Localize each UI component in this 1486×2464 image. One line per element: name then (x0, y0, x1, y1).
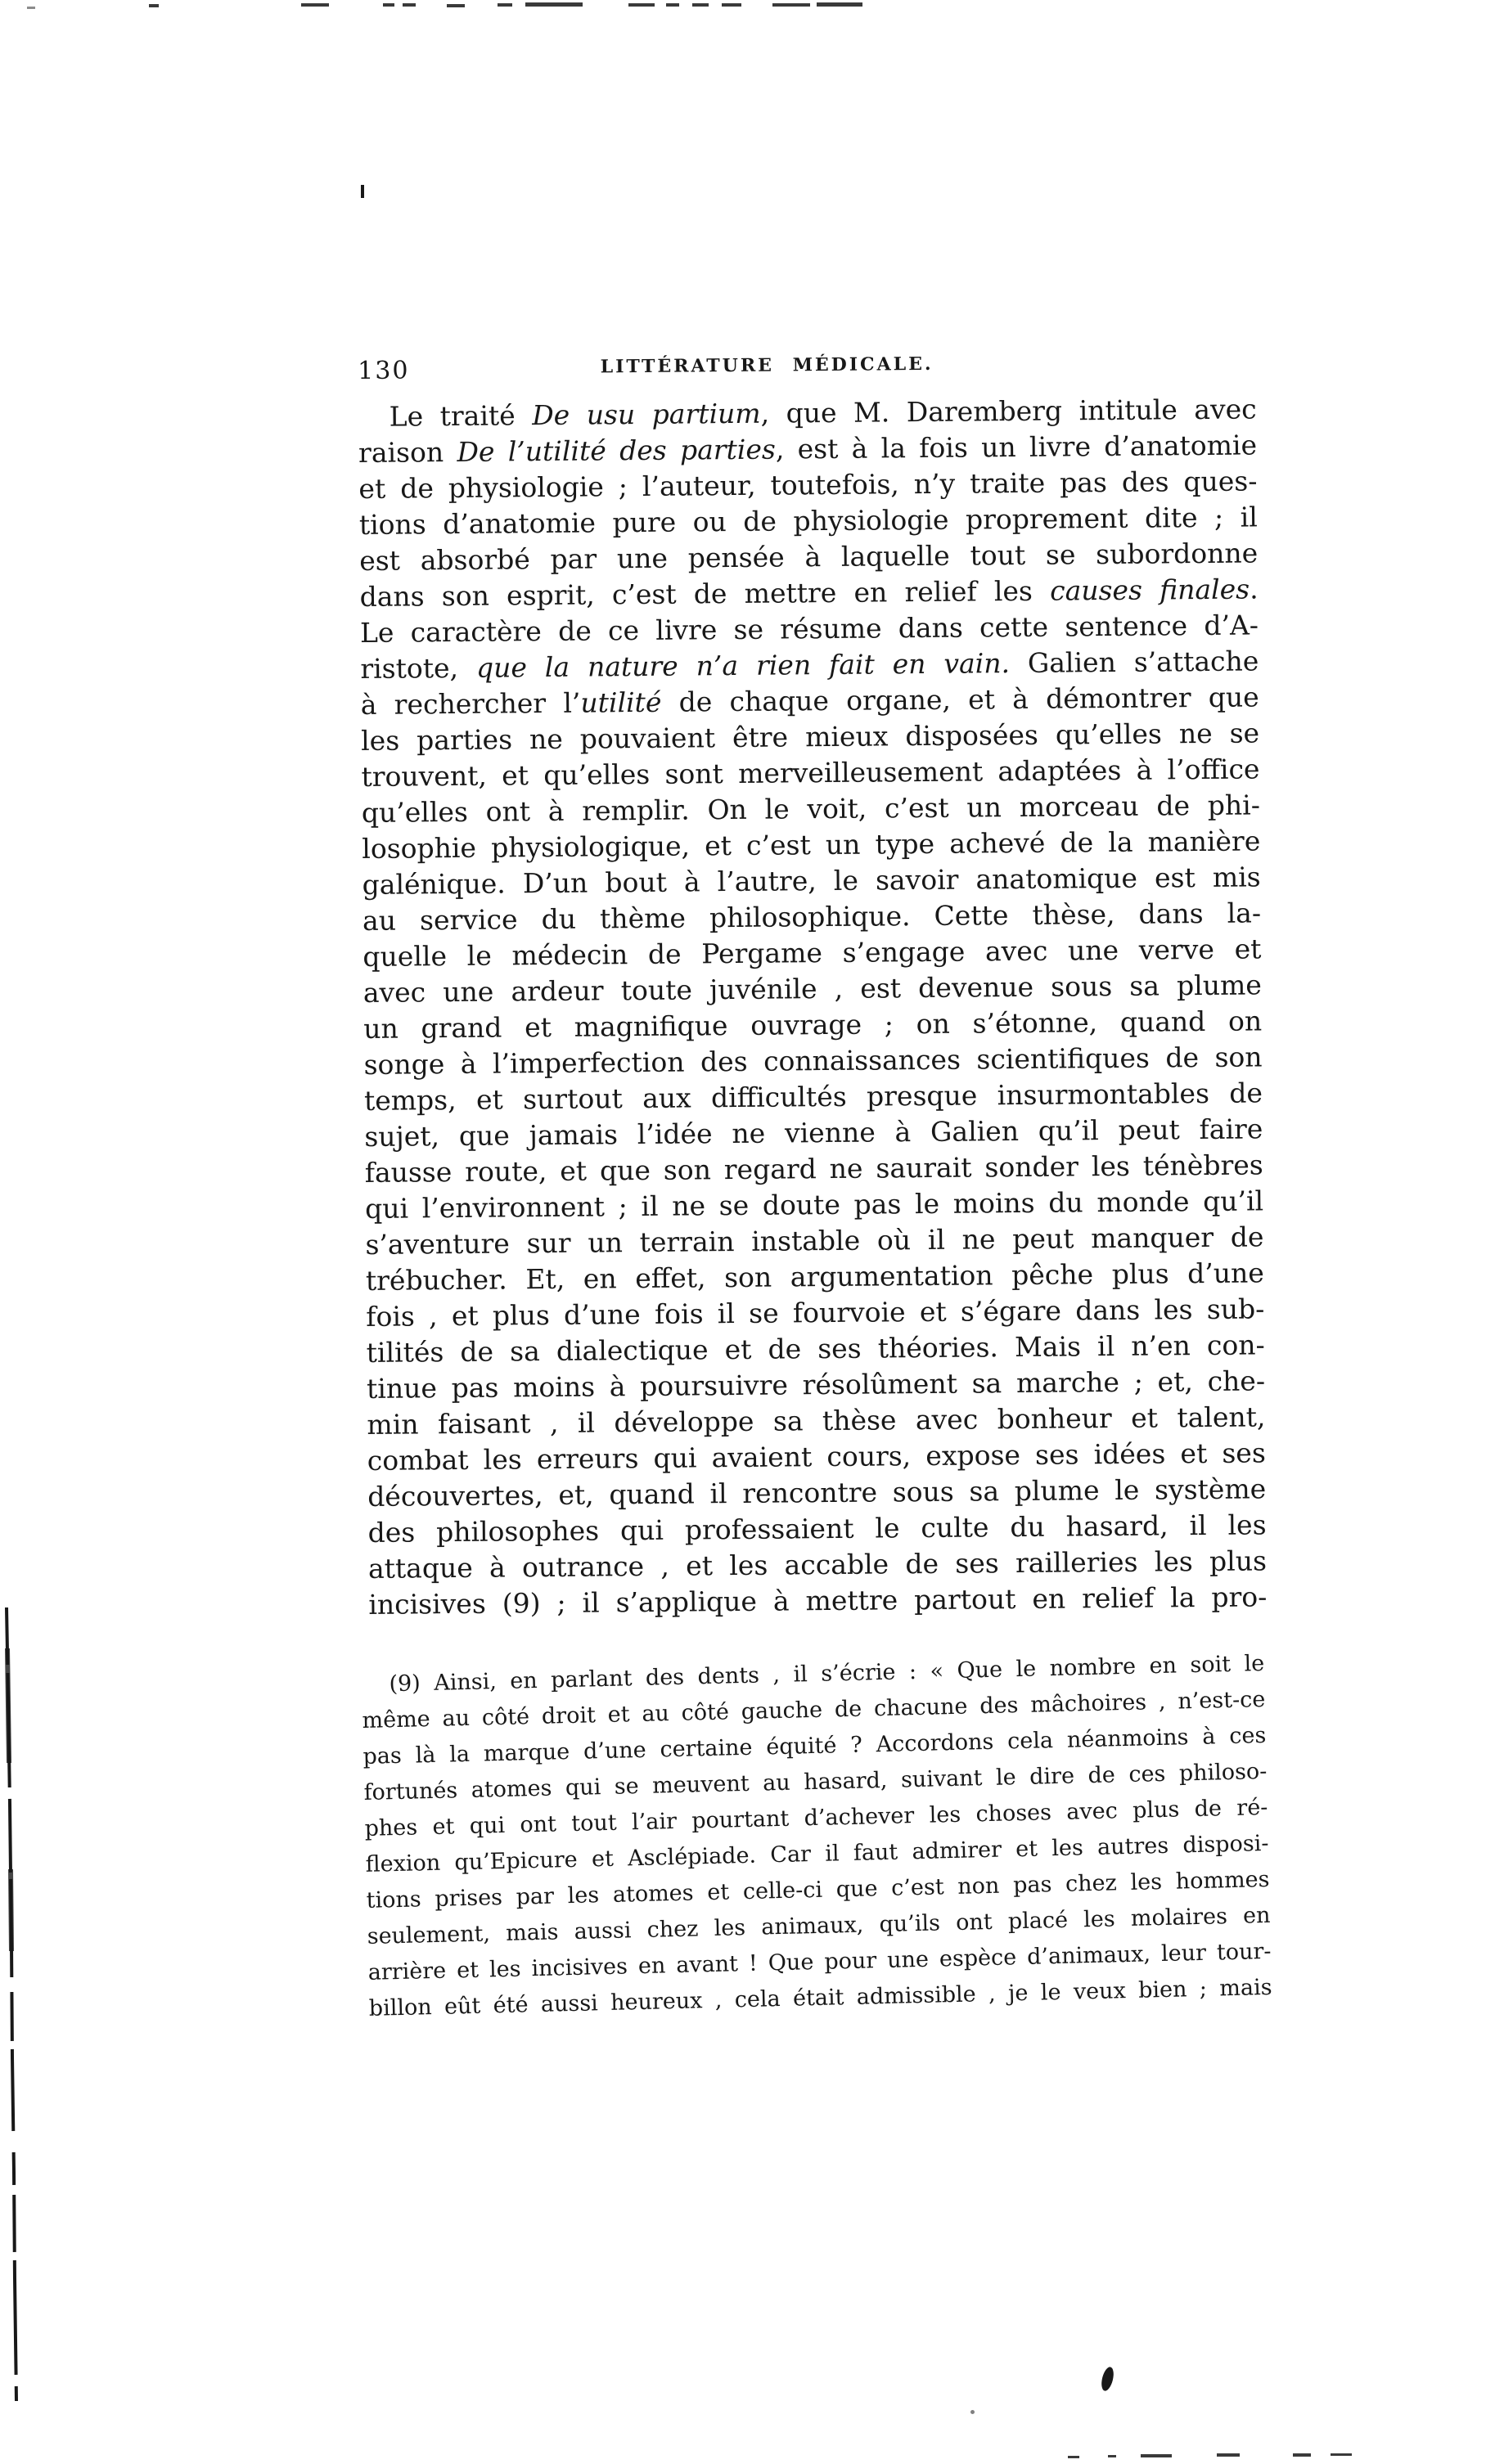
edge-dash (722, 3, 741, 7)
text-segment: avec une ardeur toute juvénile , est dev… (363, 969, 1262, 1009)
edge-dash (817, 2, 862, 7)
edge-dash (772, 3, 810, 7)
edge-dash (27, 7, 35, 9)
text-segment: raison (358, 436, 457, 469)
edge-dash (498, 3, 512, 7)
text-segment: s’aventure sur un terrain instable où il… (365, 1221, 1263, 1261)
edge-dash (1108, 2455, 1116, 2457)
text-segment: trouvent, et qu’elles sont merveilleusem… (361, 753, 1259, 793)
running-header: LITTÉRATURE MÉDICALE. (587, 353, 947, 378)
text-segment: trébucher. Et, en effet, son argumentati… (366, 1257, 1264, 1297)
text-segment: tinue pas moins à poursuivre résolûment … (367, 1365, 1265, 1405)
edge-dash (301, 3, 329, 7)
body-text: Le traité De usu partium, que M. Darembe… (358, 391, 1268, 1623)
text-segment: attaque à outrance , et les accable de s… (368, 1544, 1267, 1585)
text-segment: sujet, que jamais l’idée ne vienne à Gal… (364, 1113, 1263, 1153)
edge-dash (1331, 2453, 1352, 2456)
text-segment: songe à l’imperfection des connaissances… (363, 1041, 1262, 1081)
page-header: 130 LITTÉRATURE MÉDICALE. (358, 344, 1256, 399)
italic-text: que la nature n’a rien fait en vain. (476, 647, 1010, 684)
edge-dash (447, 4, 465, 7)
text-segment: fausse route, et que son regard ne saura… (365, 1149, 1263, 1189)
text-segment: , que M. Daremberg intitule avec (760, 393, 1256, 429)
text-segment: un grand et magnifique ouvrage ; on s’ét… (363, 1005, 1262, 1045)
text-segment: découvertes, et, quand il rencontre sous… (367, 1473, 1266, 1513)
text-segment: au service du thème philosophique. Cette… (362, 897, 1261, 937)
edge-dash (383, 3, 394, 7)
edge-dash (1293, 2453, 1311, 2457)
text-segment: dans son esprit, c’est de mettre en reli… (359, 575, 1050, 613)
scan-edge-artifact-left (0, 1599, 33, 2417)
edge-dash (1141, 2454, 1172, 2457)
text-segment: de chaque organe, et à démontrer que (661, 681, 1259, 717)
italic-text: De usu partium (532, 398, 761, 431)
text-segment: et de physiologie ; l’auteur, toutefois,… (358, 465, 1257, 505)
italic-text: causes finales (1050, 573, 1250, 606)
text-segment: à rechercher l’ (361, 687, 581, 721)
text-segment: combat les erreurs qui avaient cours, ex… (367, 1437, 1266, 1477)
text-segment: qu’elles ont à remplir. On le voit, c’es… (362, 789, 1260, 829)
edge-dash (1068, 2456, 1079, 2458)
text-segment: Galien s’attache (1010, 645, 1259, 679)
text-segment: les parties ne pouvaient être mieux disp… (361, 717, 1259, 757)
edge-dash (666, 3, 679, 7)
text-segment: qui l’environnent ; il ne se doute pas l… (365, 1185, 1263, 1225)
edge-dash (1217, 2453, 1240, 2457)
text-segment: losophie physiologique, et c’est un type… (362, 825, 1260, 865)
edge-dash (525, 2, 583, 7)
text-segment: fois , et plus d’une fois il se fourvoie… (366, 1293, 1264, 1333)
text-segment: min faisant , il développe sa thèse avec… (367, 1401, 1265, 1441)
ink-speck (970, 2410, 975, 2414)
edge-dash (692, 3, 709, 7)
footnote: (9) Ainsi, en parlant des dents , il s’é… (361, 1646, 1272, 2027)
italic-text: utilité (580, 686, 661, 719)
text-segment: quelle le médecin de Pergame s’engage av… (362, 933, 1261, 973)
text-segment: temps, et surtout aux difficultés presqu… (364, 1077, 1263, 1117)
text-segment: tilités de sa dialectique et de ses théo… (367, 1329, 1265, 1369)
text-segment: galénique. D’un bout à l’autre, le savoi… (362, 861, 1261, 901)
scan-tick-mark (361, 185, 364, 198)
italic-text: De l’utilité des parties (457, 434, 776, 468)
scanned-book-page: 130 LITTÉRATURE MÉDICALE. Le traité De u… (0, 0, 1486, 2464)
text-segment: est absorbé par une pensée à laquelle to… (359, 537, 1258, 577)
edge-dash (149, 4, 159, 7)
text-segment: ristote, (360, 652, 476, 685)
text-segment: incisives (9) ; il s’applique à mettre p… (368, 1580, 1267, 1621)
edge-dash (628, 3, 655, 7)
page-number: 130 (358, 356, 410, 385)
text-column: 130 LITTÉRATURE MÉDICALE. Le traité De u… (358, 344, 1268, 1623)
text-segment: . (1250, 573, 1259, 605)
ink-blob (1100, 2366, 1116, 2392)
text-segment: des philosophes qui professaient le cult… (367, 1509, 1266, 1549)
text-segment: Le caractère de ce livre se résume dans … (360, 609, 1259, 649)
edge-dash (403, 3, 416, 7)
text-segment: Le traité (390, 399, 533, 433)
text-segment: tions d’anatomie pure ou de physiologie … (359, 501, 1258, 541)
body-text-line: incisives (9) ; il s’applique à mettre p… (368, 1579, 1267, 1623)
text-segment: , est à la fois un livre d’anatomie (776, 429, 1258, 465)
